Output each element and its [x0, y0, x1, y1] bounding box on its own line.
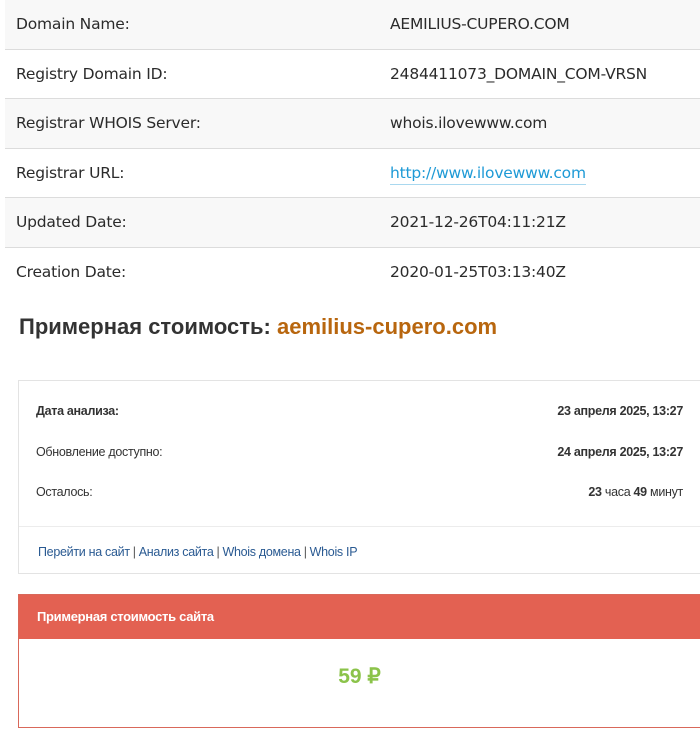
whois-label: Registry Domain ID: [5, 65, 390, 83]
whois-domain-link[interactable]: Whois домена [222, 545, 300, 559]
analysis-date-row: Дата анализа: 23 апреля 2025, 13:27 [36, 404, 683, 418]
site-analysis-link[interactable]: Анализ сайта [139, 545, 214, 559]
site-cost-value: 59 ₽ [19, 639, 700, 689]
remaining-row: Осталось: 23 часа 49 минут [36, 485, 683, 499]
go-to-site-link[interactable]: Перейти на сайт [38, 545, 130, 559]
whois-ip-link[interactable]: Whois IP [310, 545, 358, 559]
update-available-row: Обновление доступно: 24 апреля 2025, 13:… [36, 445, 683, 459]
whois-value: 2020-01-25T03:13:40Z [390, 263, 700, 281]
analysis-links: Перейти на сайт|Анализ сайта|Whois домен… [38, 545, 357, 559]
analysis-info-box: Дата анализа: 23 апреля 2025, 13:27 Обно… [18, 380, 700, 574]
estimate-title-prefix: Примерная стоимость: [19, 314, 271, 339]
update-available-label: Обновление доступно: [36, 445, 162, 459]
whois-row-registry-domain-id: Registry Domain ID: 2484411073_DOMAIN_CO… [5, 50, 700, 100]
divider [19, 526, 700, 527]
whois-row-domain-name: Domain Name: AEMILIUS-CUPERO.COM [5, 0, 700, 50]
whois-label: Domain Name: [5, 15, 390, 33]
link-separator: | [304, 545, 307, 559]
whois-row-whois-server: Registrar WHOIS Server: whois.ilovewww.c… [5, 99, 700, 149]
whois-label: Creation Date: [5, 263, 390, 281]
site-cost-header: Примерная стоимость сайта [19, 595, 700, 639]
whois-value: 2484411073_DOMAIN_COM-VRSN [390, 65, 700, 83]
whois-label: Updated Date: [5, 213, 390, 231]
site-cost-panel: Примерная стоимость сайта 59 ₽ [18, 594, 700, 728]
estimate-domain: aemilius-cupero.com [277, 314, 497, 339]
remaining-minutes: 49 [634, 485, 647, 499]
whois-row-updated-date: Updated Date: 2021-12-26T04:11:21Z [5, 198, 700, 248]
estimate-title: Примерная стоимость: aemilius-cupero.com [19, 314, 497, 340]
whois-value: AEMILIUS-CUPERO.COM [390, 15, 700, 33]
remaining-label: Осталось: [36, 485, 92, 499]
whois-table: Domain Name: AEMILIUS-CUPERO.COM Registr… [5, 0, 700, 297]
whois-value: 2021-12-26T04:11:21Z [390, 213, 700, 231]
remaining-minutes-unit: минут [650, 485, 683, 499]
link-separator: | [133, 545, 136, 559]
remaining-value: 23 часа 49 минут [588, 485, 683, 499]
whois-label: Registrar URL: [5, 164, 390, 182]
remaining-hours-unit: часа [605, 485, 630, 499]
remaining-hours: 23 [588, 485, 601, 499]
whois-label: Registrar WHOIS Server: [5, 114, 390, 132]
analysis-date-value: 23 апреля 2025, 13:27 [557, 404, 683, 418]
whois-row-registrar-url: Registrar URL: http://www.ilovewww.com [5, 149, 700, 199]
whois-value: http://www.ilovewww.com [390, 164, 700, 182]
whois-value: whois.ilovewww.com [390, 114, 700, 132]
update-available-value: 24 апреля 2025, 13:27 [557, 445, 683, 459]
link-separator: | [217, 545, 220, 559]
registrar-url-link[interactable]: http://www.ilovewww.com [390, 164, 586, 185]
analysis-date-label: Дата анализа: [36, 404, 119, 418]
whois-row-creation-date: Creation Date: 2020-01-25T03:13:40Z [5, 248, 700, 298]
